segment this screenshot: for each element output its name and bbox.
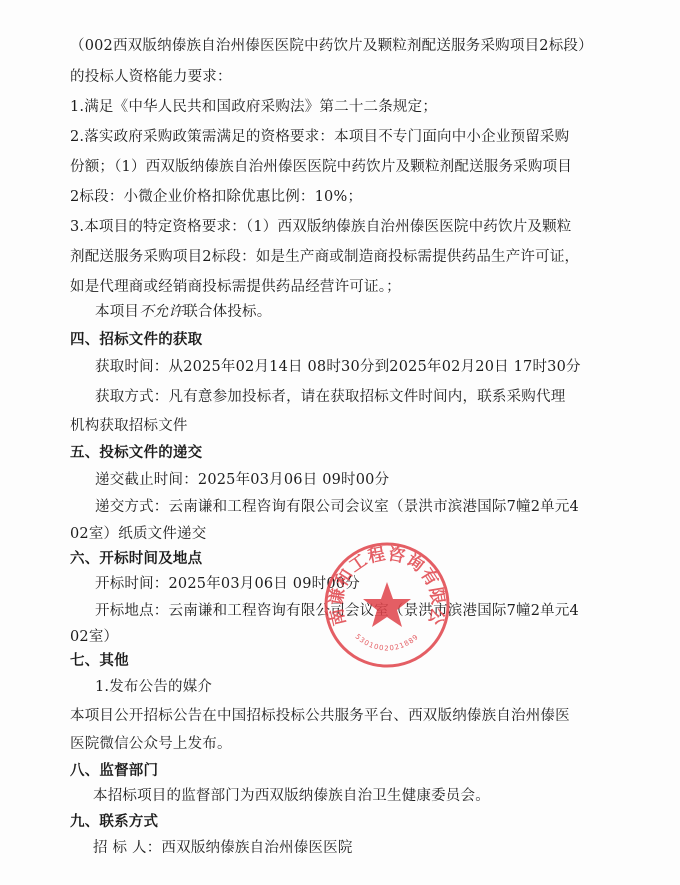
section-4-heading: 四、招标文件的获取 <box>70 330 202 350</box>
consortium-prefix: 本项目 <box>95 304 139 320</box>
qualification-intro-line2: 的投标人资格能力要求： <box>70 67 232 87</box>
section-6-time: 开标时间：2025年03月06日 09时00分 <box>95 574 360 594</box>
consortium-suffix: 联合体投标。 <box>183 304 271 320</box>
section-4-method-line2: 机构获取招标文件 <box>70 416 188 436</box>
section-6-place-line1: 开标地点：云南谦和工程咨询有限公司会议室（景洪市滨港国际7幢2单元4 <box>95 601 579 621</box>
section-6-place-line2: 02室） <box>70 627 118 647</box>
section-9-heading: 九、联系方式 <box>70 812 158 832</box>
section-8-heading: 八、监督部门 <box>70 761 158 781</box>
document-page: （002西双版纳傣族自治州傣医医院中药饮片及颗粒剂配送服务采购项目2标段） 的投… <box>0 0 680 885</box>
section-9-tenderer: 招 标 人：西双版纳傣族自治州傣医医院 <box>93 838 353 858</box>
requirement-3-line1: 3.本项目的特定资格要求：（1）西双版纳傣族自治州傣医医院中药饮片及颗粒 <box>70 217 572 237</box>
section-6-heading: 六、开标时间及地点 <box>70 549 202 569</box>
consortium-statement: 本项目不允许联合体投标。 <box>95 302 271 322</box>
section-4-time: 获取时间：从2025年02月14日 08时30分到2025年02月20日 17时… <box>95 357 581 377</box>
section-4-method-line1: 获取方式：凡有意参加投标者，请在获取招标文件时间内，联系采购代理 <box>95 387 565 407</box>
consortium-not-allowed: 不允许 <box>139 304 183 320</box>
requirement-2-line2: 份额；（1）西双版纳傣族自治州傣医医院中药饮片及颗粒剂配送服务采购项目 <box>70 157 572 177</box>
requirement-2-line3: 2标段：小微企业价格扣除优惠比例：10%； <box>70 187 362 207</box>
requirement-1: 1.满足《中华人民共和国政府采购法》第二十二条规定； <box>70 97 437 117</box>
section-7-item1: 1.发布公告的媒介 <box>95 677 212 697</box>
qualification-intro-line1: （002西双版纳傣族自治州傣医医院中药饮片及颗粒剂配送服务采购项目2标段） <box>70 36 593 56</box>
section-8-text: 本招标项目的监督部门为西双版纳傣族自治卫生健康委员会。 <box>93 786 490 806</box>
section-7-text-line1: 本项目公开招标公告在中国招标投标公共服务平台、西双版纳傣族自治州傣医 <box>70 706 570 726</box>
section-5-method-line1: 递交方式：云南谦和工程咨询有限公司会议室（景洪市滨港国际7幢2单元4 <box>95 497 579 517</box>
section-5-method-line2: 02室）纸质文件递交 <box>70 524 206 544</box>
requirement-3-line3: 如是代理商或经销商投标需提供药品经营许可证。； <box>70 277 401 297</box>
section-7-heading: 七、其他 <box>70 651 129 671</box>
section-7-text-line2: 医院微信公众号上发布。 <box>70 734 232 754</box>
svg-text:5301002021889: 5301002021889 <box>354 633 421 653</box>
requirement-2-line1: 2.落实政府采购政策需满足的资格要求：本项目不专门面向中小企业预留采购 <box>70 127 569 147</box>
requirement-3-line2: 剂配送服务采购项目2标段：如是生产商或制造商投标需提供药品生产许可证， <box>70 247 579 267</box>
seal-code: 5301002021889 <box>354 633 421 653</box>
section-5-deadline: 递交截止时间：2025年03月06日 09时00分 <box>95 470 389 490</box>
section-5-heading: 五、投标文件的递交 <box>70 443 202 463</box>
